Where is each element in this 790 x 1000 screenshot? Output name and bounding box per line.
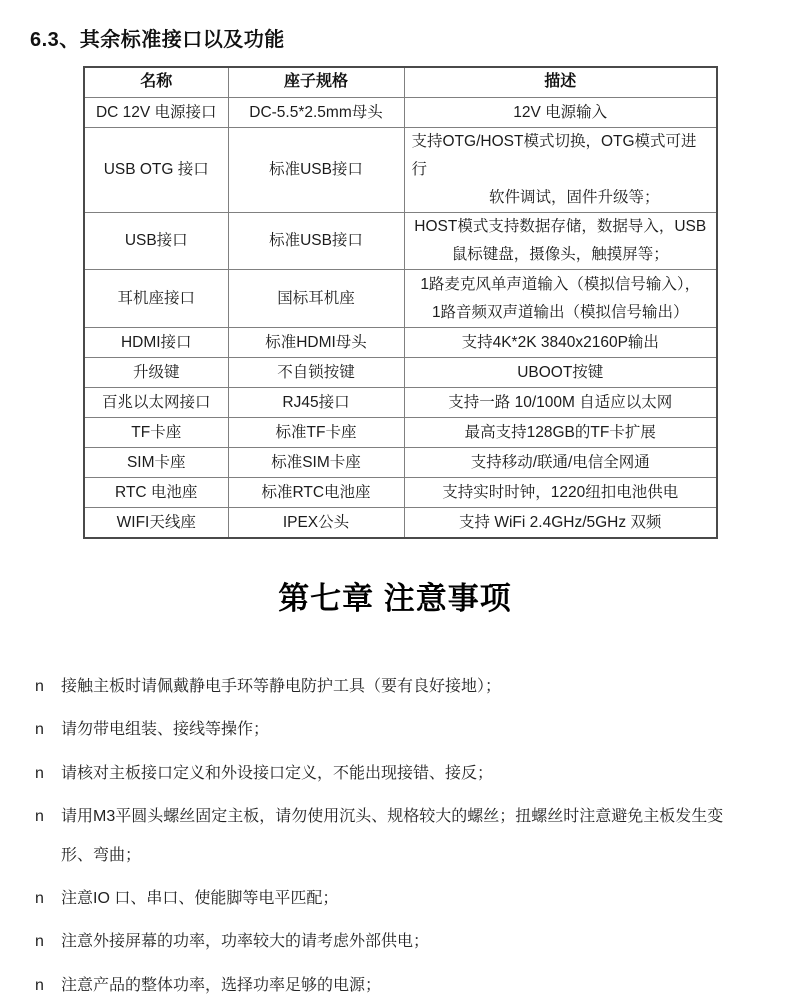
note-item: n 接触主板时请佩戴静电手环等静电防护工具（要有良好接地）； [35,668,753,706]
cell-name: 升级键 [84,358,228,388]
cell-spec: 国标耳机座 [228,270,404,328]
table-body: DC 12V 电源接口 DC-5.5*2.5mm母头 12V 电源输入 USB … [84,98,717,539]
cell-desc: 支持OTG/HOST模式切换，OTG模式可进 行 软件调试，固件升级等； [404,128,717,213]
cell-name: TF卡座 [84,418,228,448]
bullet-marker: n [35,711,44,749]
interface-table: 名称 座子规格 描述 DC 12V 电源接口 DC-5.5*2.5mm母头 12… [83,66,718,539]
note-item: n 请用M3平圆头螺丝固定主板，请勿使用沉头、规格较大的螺丝；扭螺丝时注意避免主… [35,798,753,875]
cell-name: HDMI接口 [84,328,228,358]
note-item: n 请勿带电组装、接线等操作； [35,711,753,749]
cell-spec: 标准HDMI母头 [228,328,404,358]
bullet-marker: n [35,880,44,918]
note-text: 注意IO 口、串口、使能脚等电平匹配； [61,890,338,907]
note-item: n 注意产品的整体功率，选择功率足够的电源； [35,967,753,1000]
table-header: 名称 座子规格 描述 [84,67,717,98]
table-row: SIM卡座 标准SIM卡座 支持移动/联通/电信全网通 [84,448,717,478]
cell-spec: 标准RTC电池座 [228,478,404,508]
bullet-marker: n [35,923,44,961]
cell-name: RTC 电池座 [84,478,228,508]
cell-name: USB OTG 接口 [84,128,228,213]
cell-name: 耳机座接口 [84,270,228,328]
cell-spec: 标准TF卡座 [228,418,404,448]
cell-desc: 12V 电源输入 [404,98,717,128]
cell-spec: RJ45接口 [228,388,404,418]
cell-desc: 支持 WiFi 2.4GHz/5GHz 双频 [404,508,717,539]
bullet-marker: n [35,755,44,793]
note-text: 注意产品的整体功率，选择功率足够的电源； [61,977,381,994]
table-row: 耳机座接口 国标耳机座 1路麦克风单声道输入（模拟信号输入）， 1路音频双声道输… [84,270,717,328]
note-text: 接触主板时请佩戴静电手环等静电防护工具（要有良好接地）； [61,678,501,695]
notes-list: n 接触主板时请佩戴静电手环等静电防护工具（要有良好接地）； n 请勿带电组装、… [35,668,753,1000]
cell-spec: 标准USB接口 [228,128,404,213]
table-row: USB OTG 接口 标准USB接口 支持OTG/HOST模式切换，OTG模式可… [84,128,717,213]
table-row: TF卡座 标准TF卡座 最高支持128GB的TF卡扩展 [84,418,717,448]
cell-desc: 支持4K*2K 3840x2160P输出 [404,328,717,358]
document-page: 6.3、其余标准接口以及功能 名称 座子规格 描述 DC 12V 电源接口 DC… [0,0,790,1000]
note-text: 请勿带电组装、接线等操作； [61,721,269,738]
cell-spec: 不自锁按键 [228,358,404,388]
column-header-name: 名称 [84,67,228,98]
cell-desc: UBOOT按键 [404,358,717,388]
cell-spec: DC-5.5*2.5mm母头 [228,98,404,128]
cell-spec: 标准SIM卡座 [228,448,404,478]
note-item: n 请核对主板接口定义和外设接口定义，不能出现接错、接反； [35,755,753,793]
cell-desc: 支持移动/联通/电信全网通 [404,448,717,478]
cell-desc: 1路麦克风单声道输入（模拟信号输入）， 1路音频双声道输出（模拟信号输出） [404,270,717,328]
note-text: 请用M3平圆头螺丝固定主板，请勿使用沉头、规格较大的螺丝；扭螺丝时注意避免主板发… [61,808,723,863]
cell-name: USB接口 [84,213,228,270]
column-header-spec: 座子规格 [228,67,404,98]
cell-desc: 支持一路 10/100M 自适应以太网 [404,388,717,418]
bullet-marker: n [35,798,44,836]
bullet-marker: n [35,967,44,1000]
cell-name: SIM卡座 [84,448,228,478]
table-row: WIFI天线座 IPEX公头 支持 WiFi 2.4GHz/5GHz 双频 [84,508,717,539]
cell-name: 百兆以太网接口 [84,388,228,418]
table-row: USB接口 标准USB接口 HOST模式支持数据存储，数据导入，USB 鼠标键盘… [84,213,717,270]
cell-desc: 支持实时时钟，1220纽扣电池供电 [404,478,717,508]
bullet-marker: n [35,668,44,706]
note-text: 请核对主板接口定义和外设接口定义，不能出现接错、接反； [61,765,493,782]
table-row: DC 12V 电源接口 DC-5.5*2.5mm母头 12V 电源输入 [84,98,717,128]
table-row: HDMI接口 标准HDMI母头 支持4K*2K 3840x2160P输出 [84,328,717,358]
note-item: n 注意外接屏幕的功率，功率较大的请考虑外部供电； [35,923,753,961]
note-text: 注意外接屏幕的功率，功率较大的请考虑外部供电； [61,933,429,950]
note-item: n 注意IO 口、串口、使能脚等电平匹配； [35,880,753,918]
cell-name: WIFI天线座 [84,508,228,539]
column-header-desc: 描述 [404,67,717,98]
cell-spec: IPEX公头 [228,508,404,539]
cell-name: DC 12V 电源接口 [84,98,228,128]
table-header-row: 名称 座子规格 描述 [84,67,717,98]
table-row: 升级键 不自锁按键 UBOOT按键 [84,358,717,388]
table-row: RTC 电池座 标准RTC电池座 支持实时时钟，1220纽扣电池供电 [84,478,717,508]
table-row: 百兆以太网接口 RJ45接口 支持一路 10/100M 自适应以太网 [84,388,717,418]
chapter-title: 第七章 注意事项 [0,539,790,618]
cell-spec: 标准USB接口 [228,213,404,270]
cell-desc: 最高支持128GB的TF卡扩展 [404,418,717,448]
section-title: 6.3、其余标准接口以及功能 [0,0,790,52]
cell-desc: HOST模式支持数据存储，数据导入，USB 鼠标键盘，摄像头，触摸屏等； [404,213,717,270]
